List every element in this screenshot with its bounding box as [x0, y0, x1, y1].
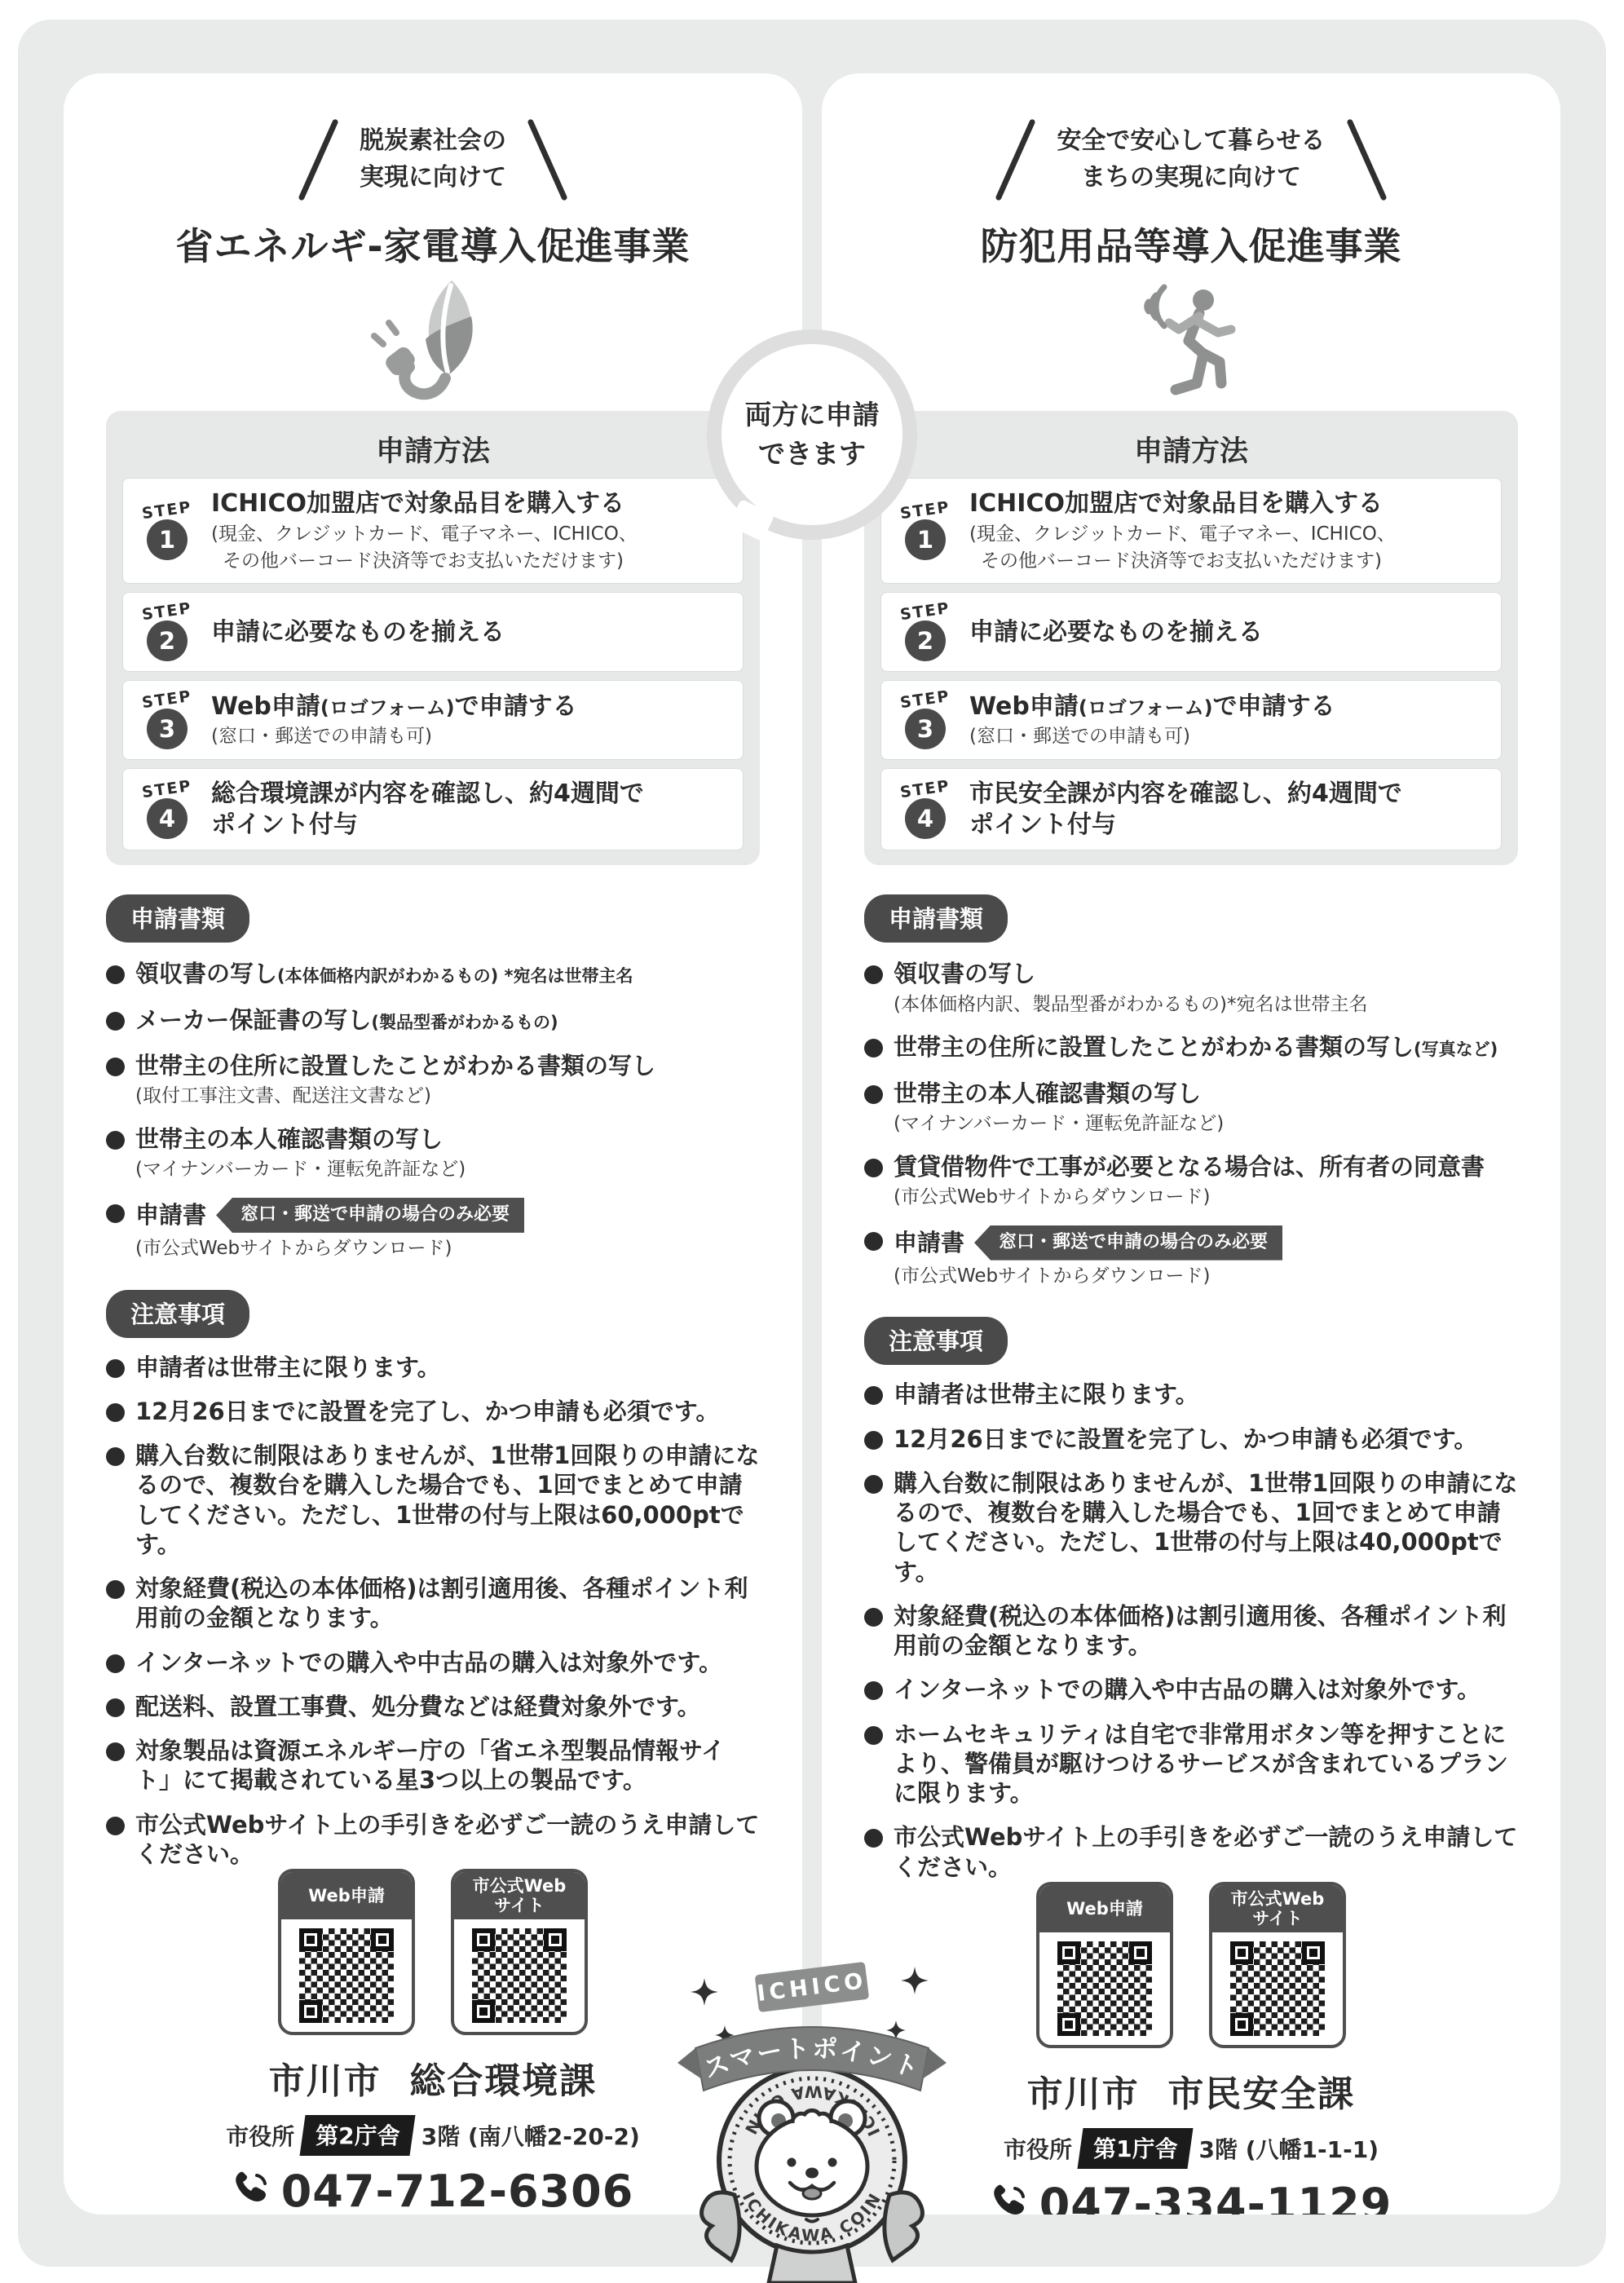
- step-indicator: STEP 3: [138, 691, 196, 749]
- department-name: 市川市 市民安全課: [864, 2064, 1518, 2117]
- step-card-3: STEP 3 Web申請(ロゴフォーム)で申請する (窓口・郵送での申請も可): [122, 680, 744, 760]
- step-number: 4: [905, 798, 946, 839]
- note-item: 対象製品は資源エネルギー庁の「省エネ型製品情報サイト」にて掲載されている星3つ以…: [106, 1736, 760, 1795]
- qr-row: Web申請 市公式Webサイト: [864, 1882, 1518, 2048]
- qr-code: [472, 1928, 567, 2023]
- note-item: インターネットでの購入や中古品の購入は対象外です。: [106, 1648, 760, 1677]
- step-number: 2: [905, 620, 946, 661]
- security-tagline: 安全で安心して暮らせる まちの実現に向けて: [996, 122, 1385, 196]
- documents-badge: 申請書類: [106, 894, 249, 943]
- qr-code: [1230, 1941, 1325, 2036]
- qr-label: 市公式Webサイト: [1212, 1885, 1343, 1932]
- step-word: STEP: [141, 599, 193, 624]
- security-runner-icon: [864, 276, 1518, 406]
- application-method-title: 申請方法: [880, 429, 1502, 470]
- panel-security-program: 安全で安心して暮らせる まちの実現に向けて 防犯用品等導入促進事業 申請方法: [822, 73, 1560, 2215]
- badge-line1: 両方に申請: [745, 395, 880, 435]
- badge-line2: できます: [758, 435, 866, 474]
- step-word: STEP: [141, 498, 193, 523]
- phone-line: 047-712-6306: [106, 2166, 760, 2215]
- energy-tagline: 脱炭素社会の 実現に向けて: [299, 122, 567, 196]
- step-indicator: STEP 1: [138, 501, 196, 560]
- qr-code: [299, 1928, 394, 2023]
- qr-code: [1057, 1941, 1152, 2036]
- step-card-4: STEP 4 市民安全課が内容を確認し、約4週間で ポイント付与: [880, 768, 1502, 850]
- documents-section: 申請書類 領収書の写し(本体価格内訳がわかるもの) *宛名は世帯主名 メーカー保…: [106, 894, 760, 1260]
- note-item: 12月26日までに設置を完了し、かつ申請も必須です。: [864, 1424, 1518, 1454]
- energy-footer: Web申請 市公式Webサイト 市川市 総合環境課 市役所 第2庁舎 3階 (南…: [106, 1869, 760, 2215]
- doc-item: 領収書の写し(本体価格内訳、製品型番がわかるもの)*宛名は世帯主名: [864, 959, 1518, 1016]
- panel-energy-program: 脱炭素社会の 実現に向けて 省エネルギ-家電導入促進事業 申請方法 STEP 1: [64, 73, 802, 2215]
- tagline-line1: 脱炭素社会の: [360, 122, 506, 159]
- step-number: 2: [147, 620, 188, 661]
- doc-item: 申請書窓口・郵送で申請の場合のみ必要(市公式Webサイトからダウンロード): [864, 1225, 1518, 1288]
- doc-item: 世帯主の住所に設置したことがわかる書類の写し(写真など): [864, 1032, 1518, 1062]
- counter-mail-only-tag: 窓口・郵送で申請の場合のみ必要: [216, 1198, 524, 1233]
- step-word: STEP: [899, 687, 951, 712]
- notes-section: 注意事項 申請者は世帯主に限ります。 12月26日までに設置を完了し、かつ申請も…: [106, 1290, 760, 1870]
- step-main-text: ICHICO加盟店で対象品目を購入する: [969, 488, 1396, 519]
- step-card-2: STEP 2 申請に必要なものを揃える: [880, 592, 1502, 672]
- qr-label: Web申請: [1039, 1885, 1170, 1932]
- note-item: 12月26日までに設置を完了し、かつ申請も必須です。: [106, 1397, 760, 1426]
- department-address: 市役所 第1庁舎 3階 (八幡1-1-1): [864, 2128, 1518, 2169]
- step-sub-text2: その他バーコード決済等でお支払いただけます): [211, 550, 638, 573]
- phone-icon: [991, 2179, 1028, 2215]
- qr-card-web-application: Web申請: [1036, 1882, 1173, 2048]
- notes-section: 注意事項 申請者は世帯主に限ります。 12月26日までに設置を完了し、かつ申請も…: [864, 1317, 1518, 1882]
- step-main-text: Web申請(ロゴフォーム)で申請する: [969, 691, 1335, 722]
- tagline-line2: 実現に向けて: [360, 159, 506, 196]
- step-indicator: STEP 1: [896, 501, 955, 560]
- step-sub-text: (窓口・郵送での申請も可): [969, 725, 1335, 748]
- step-card-1: STEP 1 ICHICO加盟店で対象品目を購入する (現金、クレジットカード、…: [122, 478, 744, 584]
- note-item: 購入台数に制限はありませんが、1世帯1回限りの申請になるので、複数台を購入した場…: [106, 1441, 760, 1559]
- leaf-plug-icon: [106, 276, 760, 406]
- tagline-line2: まちの実現に向けて: [1057, 159, 1325, 196]
- doc-item: 世帯主の本人確認書類の写し(マイナンバーカード・運転免許証など): [106, 1124, 760, 1181]
- step-number: 3: [905, 709, 946, 749]
- doc-item: 申請書窓口・郵送で申請の場合のみ必要(市公式Webサイトからダウンロード): [106, 1198, 760, 1261]
- step-main-text: 市民安全課が内容を確認し、約4週間で: [969, 779, 1402, 810]
- step-number: 1: [147, 519, 188, 560]
- step-main-text2: ポイント付与: [969, 810, 1402, 841]
- step-number: 4: [147, 798, 188, 839]
- tagline-line1: 安全で安心して暮らせる: [1057, 122, 1325, 159]
- qr-card-city-website: 市公式Webサイト: [1209, 1882, 1346, 2048]
- step-indicator: STEP 4: [138, 780, 196, 839]
- step-word: STEP: [899, 777, 951, 801]
- doc-item: 領収書の写し(本体価格内訳がわかるもの) *宛名は世帯主名: [106, 959, 760, 988]
- phone-line: 047-334-1129: [864, 2179, 1518, 2215]
- step-card-2: STEP 2 申請に必要なものを揃える: [122, 592, 744, 672]
- building-tag: 第2庁舎: [300, 2115, 417, 2156]
- note-item: 申請者は世帯主に限ります。: [106, 1353, 760, 1382]
- tagline-text: 安全で安心して暮らせる まちの実現に向けて: [1057, 122, 1325, 196]
- notes-badge: 注意事項: [864, 1317, 1008, 1365]
- step-word: STEP: [899, 498, 951, 523]
- ichico-mascot: ICHIKAWA COIN ICHIKAWA COIN: [677, 1942, 947, 2283]
- flyer-page: 脱炭素社会の 実現に向けて 省エネルギ-家電導入促進事業 申請方法 STEP 1: [0, 0, 1624, 2283]
- step-sub-text: (現金、クレジットカード、電子マネー、ICHICO、: [211, 523, 638, 546]
- note-item: ホームセキュリティは自宅で非常用ボタン等を押すことにより、警備員が駆けつけるサー…: [864, 1720, 1518, 1808]
- qr-row: Web申請 市公式Webサイト: [106, 1869, 760, 2035]
- doc-item: 世帯主の住所に設置したことがわかる書類の写し(取付工事注文書、配送注文書など): [106, 1051, 760, 1108]
- step-sub-text2: その他バーコード決済等でお支払いただけます): [969, 550, 1396, 573]
- qr-label: 市公式Webサイト: [454, 1872, 585, 1919]
- notes-badge: 注意事項: [106, 1290, 249, 1338]
- step-card-1: STEP 1 ICHICO加盟店で対象品目を購入する (現金、クレジットカード、…: [880, 478, 1502, 584]
- step-sub-text: (窓口・郵送での申請も可): [211, 725, 577, 748]
- building-tag: 第1庁舎: [1077, 2128, 1194, 2169]
- step-indicator: STEP 2: [896, 603, 955, 661]
- note-item: インターネットでの購入や中古品の購入は対象外です。: [864, 1675, 1518, 1704]
- note-item: 購入台数に制限はありませんが、1世帯1回限りの申請になるので、複数台を購入した場…: [864, 1468, 1518, 1587]
- note-item: 対象経費(税込の本体価格)は割引適用後、各種ポイント利用前の金額となります。: [864, 1601, 1518, 1661]
- step-number: 3: [147, 709, 188, 749]
- step-main-text: ICHICO加盟店で対象品目を購入する: [211, 488, 638, 519]
- step-word: STEP: [141, 777, 193, 801]
- tagline-text: 脱炭素社会の 実現に向けて: [360, 122, 506, 196]
- step-main-text: Web申請(ロゴフォーム)で申請する: [211, 691, 577, 722]
- step-indicator: STEP 2: [138, 603, 196, 661]
- note-item: 申請者は世帯主に限ります。: [864, 1380, 1518, 1409]
- step-indicator: STEP 4: [896, 780, 955, 839]
- step-indicator: STEP 3: [896, 691, 955, 749]
- step-main-text: 申請に必要なものを揃える: [211, 617, 505, 648]
- note-item: 市公式Webサイト上の手引きを必ずご一読のうえ申請してください。: [106, 1810, 760, 1870]
- step-word: STEP: [141, 687, 193, 712]
- note-item: 配送料、設置工事費、処分費などは経費対象外です。: [106, 1692, 760, 1721]
- phone-icon: [232, 2166, 270, 2215]
- both-programs-badge: 両方に申請 できます: [707, 329, 917, 540]
- application-method-box: 申請方法 STEP 1 ICHICO加盟店で対象品目を購入する (現金、クレジッ…: [106, 411, 760, 865]
- security-footer: Web申請 市公式Webサイト 市川市 市民安全課 市役所 第1庁舎 3階 (八…: [864, 1882, 1518, 2215]
- step-sub-text: (現金、クレジットカード、電子マネー、ICHICO、: [969, 523, 1396, 546]
- application-method-box: 申請方法 STEP 1 ICHICO加盟店で対象品目を購入する (現金、クレジッ…: [864, 411, 1518, 865]
- note-item: 対象経費(税込の本体価格)は割引適用後、各種ポイント利用前の金額となります。: [106, 1574, 760, 1633]
- step-number: 1: [905, 519, 946, 560]
- documents-section: 申請書類 領収書の写し(本体価格内訳、製品型番がわかるもの)*宛名は世帯主名 世…: [864, 894, 1518, 1287]
- documents-badge: 申請書類: [864, 894, 1008, 943]
- application-method-title: 申請方法: [122, 429, 744, 470]
- qr-card-web-application: Web申請: [278, 1869, 415, 2035]
- step-card-3: STEP 3 Web申請(ロゴフォーム)で申請する (窓口・郵送での申請も可): [880, 680, 1502, 760]
- step-card-4: STEP 4 総合環境課が内容を確認し、約4週間で ポイント付与: [122, 768, 744, 850]
- phone-number: 047-712-6306: [281, 2166, 634, 2215]
- counter-mail-only-tag: 窓口・郵送で申請の場合のみ必要: [974, 1225, 1282, 1261]
- step-main-text: 申請に必要なものを揃える: [969, 617, 1263, 648]
- doc-item: 世帯主の本人確認書類の写し(マイナンバーカード・運転免許証など): [864, 1079, 1518, 1136]
- step-main-text: 総合環境課が内容を確認し、約4週間で: [211, 779, 644, 810]
- department-name: 市川市 総合環境課: [106, 2051, 760, 2104]
- step-main-text2: ポイント付与: [211, 810, 644, 841]
- qr-label: Web申請: [281, 1872, 412, 1919]
- security-program-title: 防犯用品等導入促進事業: [864, 217, 1518, 271]
- doc-item: 賃貸借物件で工事が必要となる場合は、所有者の同意書(市公式Webサイトからダウン…: [864, 1152, 1518, 1209]
- phone-number: 047-334-1129: [1039, 2179, 1392, 2215]
- note-item: 市公式Webサイト上の手引きを必ずご一読のうえ申請してください。: [864, 1822, 1518, 1882]
- energy-program-title: 省エネルギ-家電導入促進事業: [106, 217, 760, 271]
- ichico-ribbon: ICHICO: [755, 1962, 870, 2012]
- department-address: 市役所 第2庁舎 3階 (南八幡2-20-2): [106, 2115, 760, 2156]
- step-word: STEP: [899, 599, 951, 624]
- doc-item: メーカー保証書の写し(製品型番がわかるもの): [106, 1005, 760, 1035]
- qr-card-city-website: 市公式Webサイト: [451, 1869, 588, 2035]
